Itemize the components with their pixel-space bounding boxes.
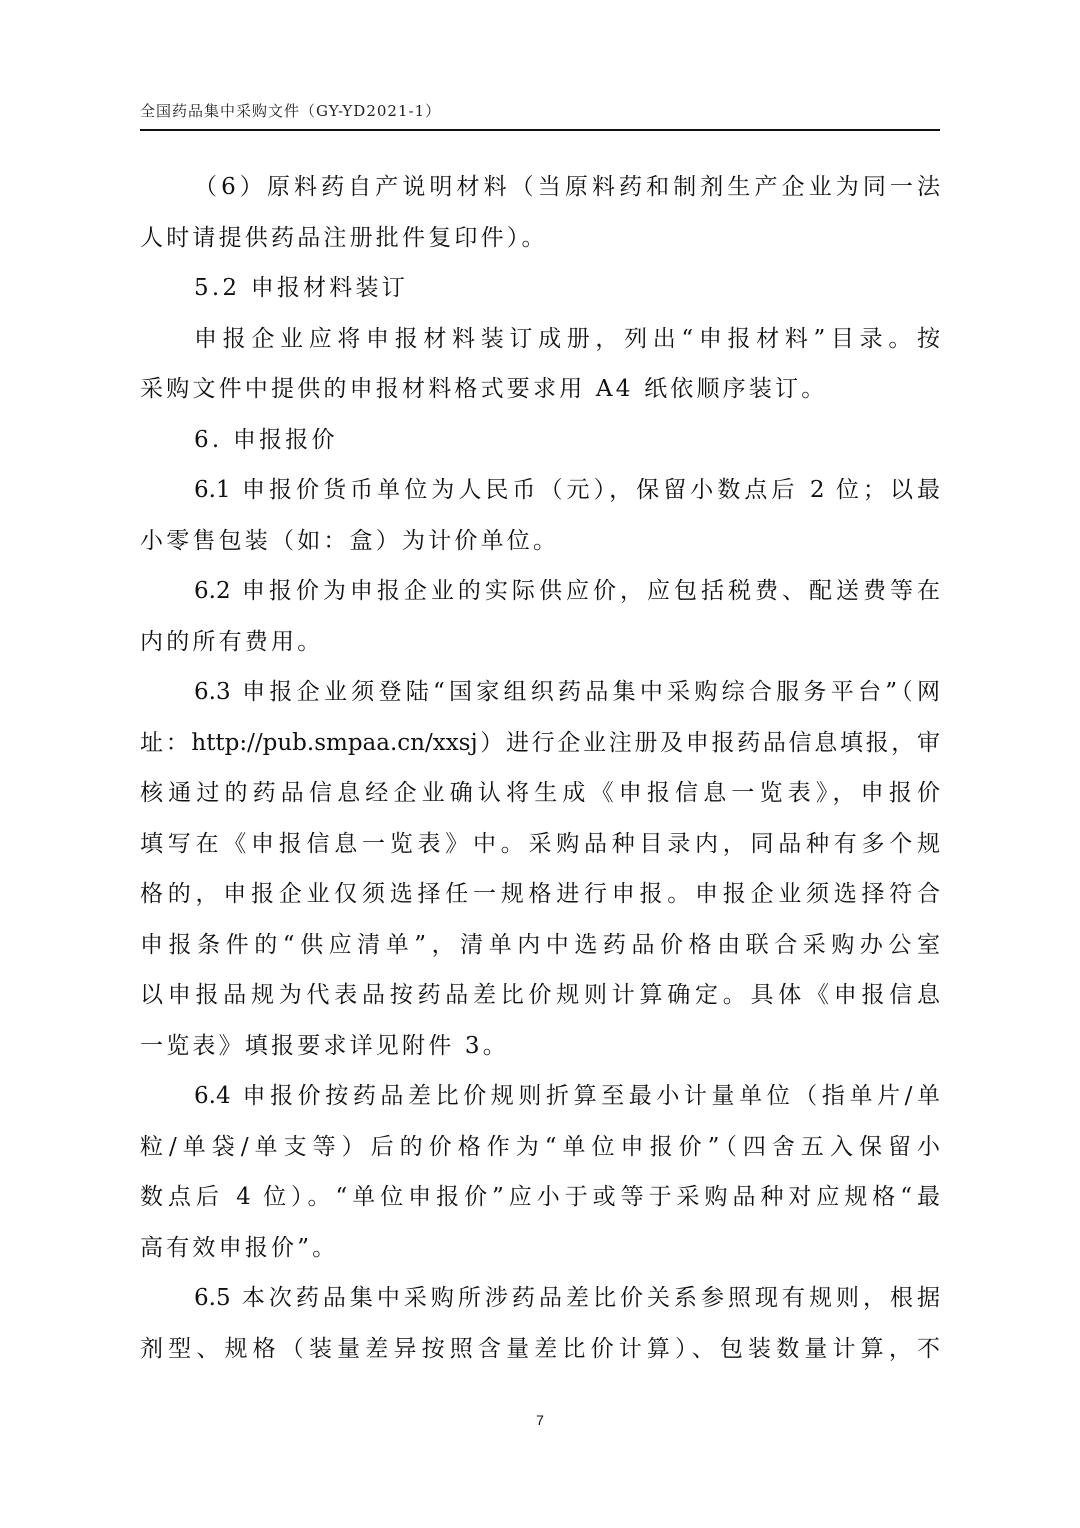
text-line: 高有效申报价”。: [140, 1223, 940, 1274]
text-line: 5.2 申报材料装订: [140, 263, 940, 314]
header-divider: [140, 129, 940, 131]
text-line: 6.3 申报企业须登陆“国家组织药品集中采购综合服务平台”（网: [140, 667, 940, 718]
running-header: 全国药品集中采购文件（GY-YD2021-1）: [140, 100, 940, 121]
text-line: 申报企业应将申报材料装订成册，列出“申报材料”目录。按: [140, 314, 940, 365]
document-body: （6）原料药自产说明材料（当原料药和制剂生产企业为同一法人时请提供药品注册批件复…: [140, 162, 940, 1374]
text-line: 小零售包装（如：盒）为计价单位。: [140, 516, 940, 567]
text-line: 申报条件的“供应清单”，清单内中选药品价格由联合采购办公室: [140, 920, 940, 971]
text-line: 6.1 申报价货币单位为人民币（元），保留小数点后 2 位；以最: [140, 465, 940, 516]
text-line: 6.4 申报价按药品差比价规则折算至最小计量单位（指单片/单: [140, 1071, 940, 1122]
text-line: 以申报品规为代表品按药品差比价规则计算确定。具体《申报信息: [140, 970, 940, 1021]
text-line: 核通过的药品信息经企业确认将生成《申报信息一览表》，申报价: [140, 768, 940, 819]
text-line: 6.2 申报价为申报企业的实际供应价，应包括税费、配送费等在: [140, 566, 940, 617]
text-line: 数点后 4 位）。“单位申报价”应小于或等于采购品种对应规格“最: [140, 1172, 940, 1223]
page-number: 7: [0, 1412, 1080, 1428]
text-line: 填写在《申报信息一览表》中。采购品种目录内，同品种有多个规: [140, 819, 940, 870]
text-line: 6.5 本次药品集中采购所涉药品差比价关系参照现有规则，根据: [140, 1273, 940, 1324]
text-line: 人时请提供药品注册批件复印件）。: [140, 213, 940, 264]
text-line: 6. 申报报价: [140, 415, 940, 466]
text-line: 内的所有费用。: [140, 617, 940, 668]
text-line: 一览表》填报要求详见附件 3。: [140, 1021, 940, 1072]
text-line: 采购文件中提供的申报材料格式要求用 A4 纸依顺序装订。: [140, 364, 940, 415]
text-line: 格的，申报企业仅须选择任一规格进行申报。申报企业须选择符合: [140, 869, 940, 920]
text-line: 剂型、规格（装量差异按照含量差比价计算）、包装数量计算，不: [140, 1324, 940, 1375]
text-line: 址：http://pub.smpaa.cn/xxsj）进行企业注册及申报药品信息…: [140, 718, 940, 769]
text-line: （6）原料药自产说明材料（当原料药和制剂生产企业为同一法: [140, 162, 940, 213]
text-line: 粒/单袋/单支等）后的价格作为“单位申报价”（四舍五入保留小: [140, 1122, 940, 1173]
